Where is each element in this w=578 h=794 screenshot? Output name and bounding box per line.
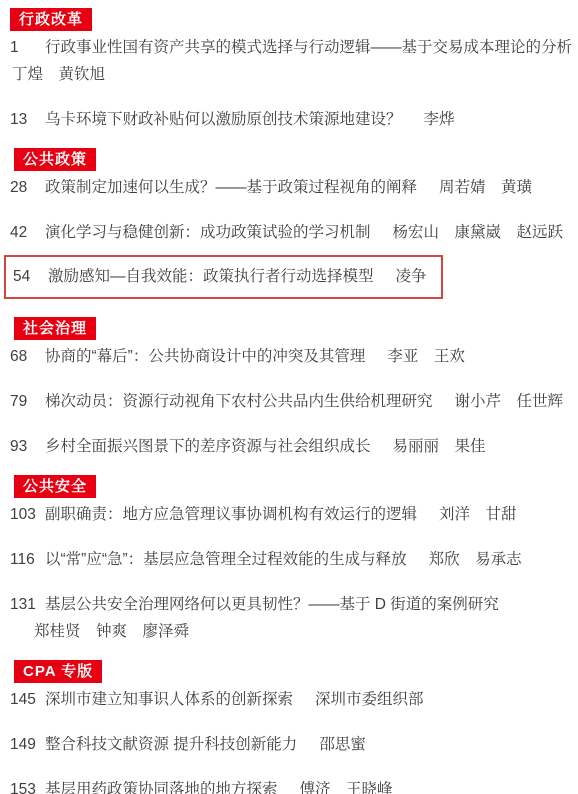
- entry-title-row: 103 副职确责：地方应急管理议事协调机构有效运行的逻辑 刘洋 甘甜: [10, 505, 566, 525]
- article-authors: 杨宏山 康黛崴 赵远跃: [393, 223, 564, 243]
- section-header: CPA 专版: [10, 660, 566, 683]
- article-title: 政策制定加速何以生成？——基于政策过程视角的阐释: [45, 178, 417, 198]
- toc-entry-p42[interactable]: 42 演化学习与稳健创新：成功政策试验的学习机制 杨宏山 康黛崴 赵远跃: [10, 223, 566, 243]
- entry-title-row: 116 以“常”应“急”：基层应急管理全过程效能的生成与释放 郑欣 易承志: [10, 550, 566, 570]
- page-number: 1: [10, 38, 45, 58]
- entry-title-row: 93 乡村全面振兴图景下的差序资源与社会组织成长 易丽丽 果佳: [10, 437, 566, 457]
- page-number: 13: [10, 110, 45, 130]
- entry-title-row: 68 协商的“幕后”：公共协商设计中的冲突及其管理 李亚 王欢: [10, 347, 566, 367]
- article-title: 乌卡环境下财政补贴何以激励原创技术策源地建设？: [45, 110, 402, 130]
- page-number: 79: [10, 392, 45, 412]
- article-title: 行政事业性国有资产共享的模式选择与行动逻辑——基于交易成本理论的分析: [45, 38, 572, 58]
- section-badge: 公共安全: [14, 475, 96, 498]
- article-authors: 周若婧 黄璜: [439, 178, 532, 198]
- section-header: 社会治理: [10, 317, 566, 340]
- article-authors: 邵思蜜: [319, 735, 366, 755]
- toc-entry-p103[interactable]: 103 副职确责：地方应急管理议事协调机构有效运行的逻辑 刘洋 甘甜: [10, 505, 566, 525]
- section-public-policy: 公共政策 28 政策制定加速何以生成？——基于政策过程视角的阐释 周若婧 黄璜 …: [10, 148, 566, 299]
- section-header: 公共政策: [10, 148, 566, 171]
- article-title: 副职确责：地方应急管理议事协调机构有效运行的逻辑: [45, 505, 417, 525]
- entry-title-row: 145 深圳市建立知事识人体系的创新探索 深圳市委组织部: [10, 690, 566, 710]
- page-number: 42: [10, 223, 45, 243]
- section-header: 行政改革: [10, 8, 566, 31]
- article-title: 整合科技文献资源 提升科技创新能力: [45, 735, 297, 755]
- article-title: 深圳市建立知事识人体系的创新探索: [45, 690, 293, 710]
- entry-title-row: 42 演化学习与稳健创新：成功政策试验的学习机制 杨宏山 康黛崴 赵远跃: [10, 223, 566, 243]
- page-number: 28: [10, 178, 45, 198]
- entry-title-row: 149 整合科技文献资源 提升科技创新能力 邵思蜜: [10, 735, 566, 755]
- article-authors: 傅济 王晓峰: [300, 780, 393, 794]
- article-authors: 郑欣 易承志: [429, 550, 522, 570]
- section-administrative-reform: 行政改革 1 行政事业性国有资产共享的模式选择与行动逻辑——基于交易成本理论的分…: [10, 8, 566, 130]
- entry-title-row: 54 激励感知—自我效能：政策执行者行动选择模型 凌争: [13, 267, 433, 287]
- entry-title-row: 79 梯次动员：资源行动视角下农村公共品内生供给机理研究 谢小芹 任世辉: [10, 392, 566, 412]
- section-cpa-special: CPA 专版 145 深圳市建立知事识人体系的创新探索 深圳市委组织部 149 …: [10, 660, 566, 794]
- toc-entry-p54[interactable]: 54 激励感知—自我效能：政策执行者行动选择模型 凌争: [13, 267, 433, 287]
- toc-entry-p153[interactable]: 153 基层用药政策协同落地的地方探索 傅济 王晓峰: [10, 780, 566, 794]
- article-title: 协商的“幕后”：公共协商设计中的冲突及其管理: [45, 347, 365, 367]
- toc-entry-p13[interactable]: 13 乌卡环境下财政补贴何以激励原创技术策源地建设？ 李烨: [10, 110, 566, 130]
- section-badge: CPA 专版: [14, 660, 102, 683]
- toc-entry-p79[interactable]: 79 梯次动员：资源行动视角下农村公共品内生供给机理研究 谢小芹 任世辉: [10, 392, 566, 412]
- entry-title-row: 153 基层用药政策协同落地的地方探索 傅济 王晓峰: [10, 780, 566, 794]
- page-number: 116: [10, 550, 45, 570]
- page-number: 54: [13, 267, 48, 287]
- section-header: 公共安全: [10, 475, 566, 498]
- entry-title-row: 1 行政事业性国有资产共享的模式选择与行动逻辑——基于交易成本理论的分析: [10, 38, 566, 58]
- toc-entry-p131[interactable]: 131 基层公共安全治理网络何以更具韧性？——基于 D 街道的案例研究 郑桂贤 …: [10, 595, 566, 642]
- article-authors: 深圳市委组织部: [315, 690, 424, 710]
- article-title: 梯次动员：资源行动视角下农村公共品内生供给机理研究: [45, 392, 433, 412]
- entry-title-row: 13 乌卡环境下财政补贴何以激励原创技术策源地建设？ 李烨: [10, 110, 566, 130]
- page-number: 68: [10, 347, 45, 367]
- article-authors: 凌争: [396, 267, 427, 287]
- highlight-box: 54 激励感知—自我效能：政策执行者行动选择模型 凌争: [4, 255, 443, 299]
- page-number: 93: [10, 437, 45, 457]
- entry-title-row: 28 政策制定加速何以生成？——基于政策过程视角的阐释 周若婧 黄璜: [10, 178, 566, 198]
- page-number: 145: [10, 690, 45, 710]
- page-number: 153: [10, 780, 45, 794]
- article-title: 基层用药政策协同落地的地方探索: [45, 780, 278, 794]
- section-social-governance: 社会治理 68 协商的“幕后”：公共协商设计中的冲突及其管理 李亚 王欢 79 …: [10, 317, 566, 457]
- page-number: 149: [10, 735, 45, 755]
- section-badge: 社会治理: [14, 317, 96, 340]
- toc-entry-p149[interactable]: 149 整合科技文献资源 提升科技创新能力 邵思蜜: [10, 735, 566, 755]
- article-authors: 李烨: [424, 110, 455, 130]
- article-authors: 丁煌 黄钦旭: [10, 65, 566, 85]
- section-public-safety: 公共安全 103 副职确责：地方应急管理议事协调机构有效运行的逻辑 刘洋 甘甜 …: [10, 475, 566, 642]
- article-title: 乡村全面振兴图景下的差序资源与社会组织成长: [45, 437, 371, 457]
- article-title: 基层公共安全治理网络何以更具韧性？——基于 D 街道的案例研究: [45, 595, 499, 615]
- section-badge: 公共政策: [14, 148, 96, 171]
- section-badge: 行政改革: [10, 8, 92, 31]
- page-number: 103: [10, 505, 45, 525]
- toc-entry-p116[interactable]: 116 以“常”应“急”：基层应急管理全过程效能的生成与释放 郑欣 易承志: [10, 550, 566, 570]
- toc-entry-p93[interactable]: 93 乡村全面振兴图景下的差序资源与社会组织成长 易丽丽 果佳: [10, 437, 566, 457]
- article-authors: 刘洋 甘甜: [439, 505, 517, 525]
- article-title: 以“常”应“急”：基层应急管理全过程效能的生成与释放: [45, 550, 407, 570]
- article-authors: 李亚 王欢: [387, 347, 465, 367]
- toc-page: 行政改革 1 行政事业性国有资产共享的模式选择与行动逻辑——基于交易成本理论的分…: [0, 0, 578, 794]
- article-authors: 易丽丽 果佳: [393, 437, 486, 457]
- article-authors: 郑桂贤 钟爽 廖泽舜: [10, 622, 566, 642]
- article-title: 演化学习与稳健创新：成功政策试验的学习机制: [45, 223, 371, 243]
- toc-entry-p28[interactable]: 28 政策制定加速何以生成？——基于政策过程视角的阐释 周若婧 黄璜: [10, 178, 566, 198]
- article-authors: 谢小芹 任世辉: [455, 392, 564, 412]
- article-title: 激励感知—自我效能：政策执行者行动选择模型: [48, 267, 374, 287]
- toc-entry-p145[interactable]: 145 深圳市建立知事识人体系的创新探索 深圳市委组织部: [10, 690, 566, 710]
- toc-entry-p1[interactable]: 1 行政事业性国有资产共享的模式选择与行动逻辑——基于交易成本理论的分析 丁煌 …: [10, 38, 566, 85]
- entry-title-row: 131 基层公共安全治理网络何以更具韧性？——基于 D 街道的案例研究: [10, 595, 566, 615]
- page-number: 131: [10, 595, 45, 615]
- toc-entry-p68[interactable]: 68 协商的“幕后”：公共协商设计中的冲突及其管理 李亚 王欢: [10, 347, 566, 367]
